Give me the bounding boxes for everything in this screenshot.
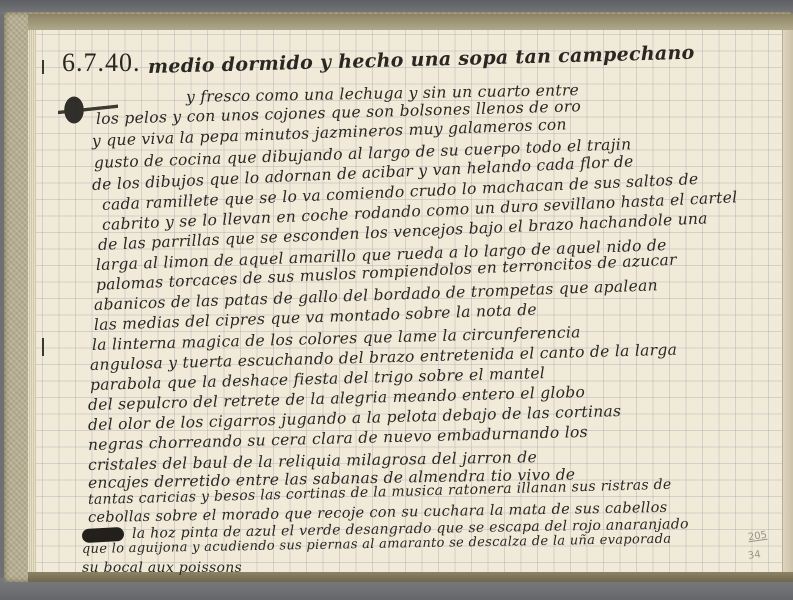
page-stack-edges bbox=[28, 30, 36, 572]
margin-mark bbox=[42, 338, 44, 356]
page-number-bottom: 34 bbox=[747, 549, 761, 562]
margin-mark bbox=[42, 60, 44, 74]
entry-date: 6.7.40. bbox=[62, 48, 141, 78]
text-line-26: su bocal aux poissons bbox=[82, 560, 242, 576]
page-right-edge bbox=[782, 30, 793, 572]
text-line-1: medio dormido y hecho una sopa tan campe… bbox=[148, 40, 768, 78]
handwritten-text: 6.7.40. medio dormido y hecho una sopa t… bbox=[36, 30, 793, 572]
notebook-page: 6.7.40. medio dormido y hecho una sopa t… bbox=[36, 30, 793, 572]
